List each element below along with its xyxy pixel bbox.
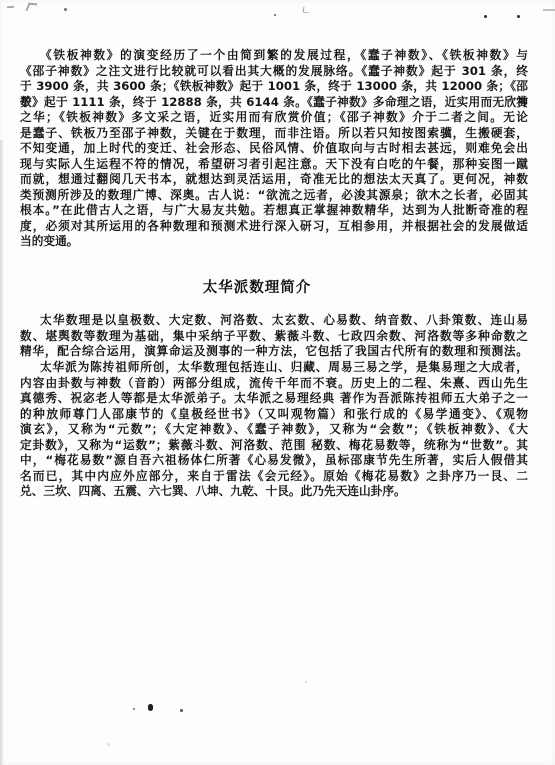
paragraph-line: 根本。”在此借古人之语，与广大易友共勉。若想真正掌握神数精华，达到为人批断奇准的… — [20, 203, 528, 219]
paragraph-line: 是蠢子、铁板乃至邵子神数，关键在于数理，而非注语。所以若只知按图索骥，生搬硬套， — [20, 126, 528, 142]
paragraph-line: 度，必须对其所运用的各种数理和预测术进行深入研习，互相参用，并根据社会的发展做适 — [20, 219, 528, 235]
scan-mark-pencil-tick — [303, 7, 310, 14]
paragraph-line: 数、堪舆数等数理为基础，集中采纳子平数、紫薇斗数、七政四余数、河洛数等多种命数之 — [20, 329, 528, 345]
scan-mark-speck — [107, 743, 110, 746]
paragraph-line: 精华，配合综合运用，演算命运及测事的一种方法，它包括了我国古代所有的数理和预测法… — [20, 344, 528, 360]
paragraph-line: 之华；《铁板神数》多文采之语，近实用而有欣赏价值；《邵子神数》介于二者之间。无论 — [20, 110, 528, 126]
paragraph-line: 中，“梅花易数”源自吾六祖杨体仁所著《心易发微》，虽标邵康节先生所著，实后人假借… — [20, 453, 528, 469]
paragraph-line: 而就，想通过翻阅几天书本，就想达到灵活运用，奇准无比的想法太天真了。更何况，神数 — [20, 172, 528, 188]
paragraph-line: 当的变通。 — [20, 234, 528, 250]
paragraph-line: 太华数理是以皇极数、大定数、河洛数、太玄数、心易数、纳音数、八卦策数、连山易 — [20, 313, 528, 329]
scanned-document-page: 《铁板神数》的演变经历了一个由简到繁的发展过程，《蠢子神数》、《铁板神数》与 《… — [0, 0, 555, 765]
scan-mark-dash — [543, 9, 555, 11]
paragraph-line: 名而已，其中内应外应部分，来自于雷法《会元经》。原始《梅花易数》之卦序乃一艮、二 — [20, 469, 528, 485]
scan-mark-dot — [484, 15, 487, 18]
paragraph-line: 真德秀、祝宓老人等都是太华派弟子。太华派之易理经典 著作为吾派陈抟祖师五大弟子之… — [20, 391, 528, 407]
paragraph-line: 不知变通，加上时代的变迁、社会形态、民俗风情、价值取向与古时相去甚远，则难免会出 — [20, 141, 528, 157]
section-heading: 太华派数理简介 — [20, 280, 528, 297]
paragraph-line: 定卦数》，又称为“运数”；紫薇斗数、河洛数、范围 秘数、梅花易数等，统称为“世数… — [20, 438, 528, 454]
scan-mark-dot — [133, 708, 135, 710]
paragraph-line: 《铁板神数》的演变经历了一个由简到繁的发展过程，《蠢子神数》、《铁板神数》与 — [20, 48, 528, 64]
scan-mark-dot — [274, 14, 276, 16]
paragraph-line: 兑、三坎、四离、五震、六七巽、八坤、九乾、十艮。此乃先天连山卦序。 — [20, 484, 528, 500]
scan-mark-dot — [64, 8, 67, 11]
paragraph-line: 的种放师尊门人邵康节的《皇极经世书》（又叫观物篇）和张行成的《易学通变》、《观物 — [20, 407, 528, 423]
paragraph-line: 类预测所涉及的数理广博、深奥。古人说：“欲流之远者，必浚其源泉；欲木之长者，必固… — [20, 188, 528, 204]
scan-mark-speck — [305, 681, 307, 683]
paragraph-line: 数》起于 1111 条，终于 12888 条，共 6144 条。《蠢子神数》多命… — [20, 95, 528, 111]
paragraph-line: 内容由卦数与神数（音韵）两部分组成，流传千年而不衰。历史上的二程、朱熹、西山先生 — [20, 376, 528, 392]
scan-mark-dot — [517, 15, 520, 18]
taihua-history-paragraph: 太华派为陈抟祖师所创，太华数理包括连山、归藏、周易三易之学，是集易理之大成者， … — [20, 360, 528, 500]
scan-mark-ink-blob — [148, 704, 153, 711]
scan-mark-pencil-tick — [26, 3, 38, 12]
scan-mark-dash — [7, 6, 14, 9]
paragraph-line: 《邵子神数》之注文进行比较就可以看出其大概的发展脉络。《蠢子神数》起于 301 … — [20, 64, 528, 80]
paragraph-line: 演玄》，又称为“元数”；《大定神数》、《蠢子神数》，又称为“会数”；《铁板神数》… — [20, 422, 528, 438]
taihua-overview-paragraph: 太华数理是以皇极数、大定数、河洛数、太玄数、心易数、纳音数、八卦策数、连山易 数… — [20, 313, 528, 360]
paragraph-line: 太华派为陈抟祖师所创，太华数理包括连山、归藏、周易三易之学，是集易理之大成者， — [20, 360, 528, 376]
paragraph-line: 现与实际人生运程不符的情况，希望研习者引起注意。天下没有白吃的午餐，那种妄图一蹴 — [20, 157, 528, 173]
paragraph-line: 于 3900 条，共 3600 条；《铁板神数》起于 1001 条，终于 130… — [20, 79, 528, 95]
intro-paragraph: 《铁板神数》的演变经历了一个由简到繁的发展过程，《蠢子神数》、《铁板神数》与 《… — [20, 48, 528, 250]
scan-mark-dot — [180, 709, 183, 712]
